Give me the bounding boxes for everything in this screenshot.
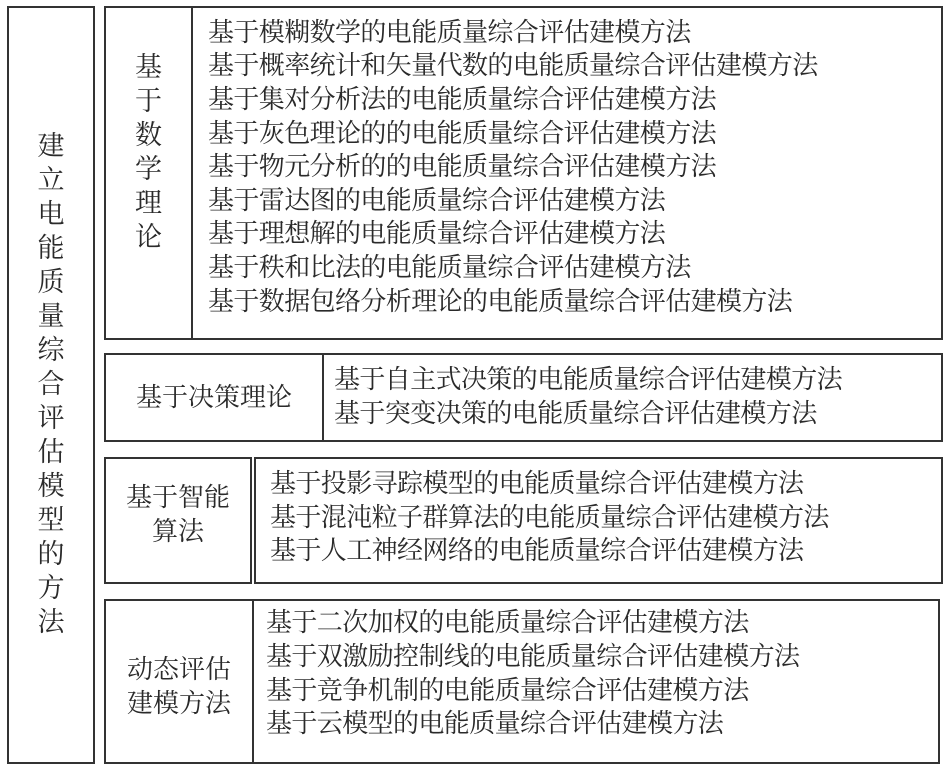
root-char: 型 (38, 504, 65, 538)
list-item: 基于模糊数学的电能质量综合评估建模方法 (208, 17, 938, 51)
group-decision-divider (322, 355, 324, 440)
list-item: 基于混沌粒子群算法的电能质量综合评估建模方法 (270, 502, 940, 536)
label-char: 数 (135, 119, 162, 153)
list-item: 基于云模型的电能质量综合评估建模方法 (266, 708, 936, 742)
root-char: 量 (38, 300, 65, 334)
label-line: 建模方法 (127, 687, 231, 721)
group-math-items: 基于模糊数学的电能质量综合评估建模方法 基于概率统计和矢量代数的电能质量综合评估… (208, 6, 938, 330)
group-math-divider (191, 8, 193, 338)
label-line: 算法 (152, 515, 204, 549)
root-char: 质 (38, 266, 65, 300)
list-item: 基于自主式决策的电能质量综合评估建模方法 (334, 364, 934, 398)
root-char: 综 (38, 334, 65, 368)
list-item: 基于雷达图的电能质量综合评估建模方法 (208, 185, 938, 219)
list-item: 基于数据包络分析理论的电能质量综合评估建模方法 (208, 286, 938, 320)
root-char: 模 (38, 470, 65, 504)
list-item: 基于秩和比法的电能质量综合评估建模方法 (208, 252, 938, 286)
group-math-theory: 基 于 数 学 理 论 基于模糊数学的电能质量综合评估建模方法 基于概率统计和矢… (104, 6, 943, 340)
label-char: 基 (135, 51, 162, 85)
group-dynamic-divider (252, 601, 254, 762)
label-char: 于 (135, 85, 162, 119)
list-item: 基于双激励控制线的电能质量综合评估建模方法 (266, 641, 936, 675)
label-line: 动态评估 (127, 653, 231, 687)
root-box: 建 立 电 能 质 量 综 合 评 估 模 型 的 方 法 (7, 6, 95, 764)
group-decision-items: 基于自主式决策的电能质量综合评估建模方法 基于突变决策的电能质量综合评估建模方法 (334, 355, 934, 440)
root-char: 电 (38, 198, 65, 232)
label-char: 理 (135, 187, 162, 221)
group-intelligent-items: 基于投影寻踪模型的电能质量综合评估建模方法 基于混沌粒子群算法的电能质量综合评估… (270, 459, 940, 582)
list-item: 基于理想解的电能质量综合评估建模方法 (208, 218, 938, 252)
list-item: 基于概率统计和矢量代数的电能质量综合评估建模方法 (208, 50, 938, 84)
root-char: 法 (38, 606, 65, 640)
label-line: 基于智能 (126, 481, 230, 515)
root-char: 的 (38, 538, 65, 572)
group-intelligent-items-box: 基于投影寻踪模型的电能质量综合评估建模方法 基于混沌粒子群算法的电能质量综合评估… (254, 457, 943, 584)
list-item: 基于灰色理论的的电能质量综合评估建模方法 (208, 118, 938, 152)
root-char: 建 (38, 130, 65, 164)
group-dynamic-label: 动态评估 建模方法 (106, 601, 252, 762)
list-item: 基于投影寻踪模型的电能质量综合评估建模方法 (270, 468, 940, 502)
label-char: 学 (135, 153, 162, 187)
list-item: 基于物元分析的的电能质量综合评估建模方法 (208, 151, 938, 185)
group-intelligent-label-box: 基于智能 算法 (104, 457, 252, 584)
root-char: 评 (38, 402, 65, 436)
list-item: 基于人工神经网络的电能质量综合评估建模方法 (270, 535, 940, 569)
list-item: 基于二次加权的电能质量综合评估建模方法 (266, 607, 936, 641)
group-intelligent-label: 基于智能 算法 (106, 459, 250, 582)
list-item: 基于竞争机制的电能质量综合评估建模方法 (266, 675, 936, 709)
root-char: 立 (38, 164, 65, 198)
group-dynamic-items: 基于二次加权的电能质量综合评估建模方法 基于双激励控制线的电能质量综合评估建模方… (266, 601, 936, 762)
list-item: 基于集对分析法的电能质量综合评估建模方法 (208, 84, 938, 118)
group-dynamic-evaluation: 动态评估 建模方法 基于二次加权的电能质量综合评估建模方法 基于双激励控制线的电… (104, 599, 940, 764)
label-char: 论 (135, 221, 162, 255)
root-title: 建 立 电 能 质 量 综 合 评 估 模 型 的 方 法 (9, 8, 93, 762)
group-math-label: 基 于 数 学 理 论 (106, 8, 191, 338)
group-decision-theory: 基于决策理论 基于自主式决策的电能质量综合评估建模方法 基于突变决策的电能质量综… (104, 353, 943, 442)
group-decision-label: 基于决策理论 (106, 355, 322, 440)
root-char: 合 (38, 368, 65, 402)
list-item: 基于突变决策的电能质量综合评估建模方法 (334, 398, 934, 432)
root-char: 能 (38, 232, 65, 266)
root-char: 方 (38, 572, 65, 606)
root-char: 估 (38, 436, 65, 470)
